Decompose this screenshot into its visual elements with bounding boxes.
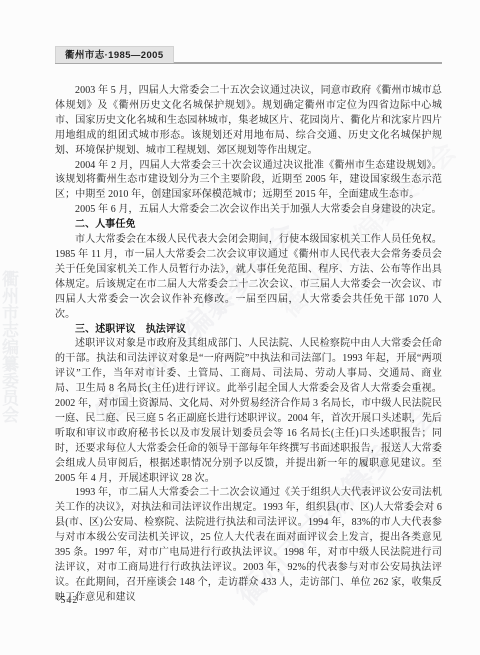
paragraph: 1993 年，市二届人大常委会二十二次会议通过《关于组织人大代表评议公安司法机关… bbox=[55, 486, 442, 605]
paragraph: 2005 年 6 月，五届人大常委会二次会议作出关于加强人大常委会自身建设的决定… bbox=[55, 203, 442, 218]
body-text: 2003 年 5 月，四届人大常委会二十五次会议通过决议，同意市政府《衢州市城市… bbox=[55, 84, 442, 606]
paragraph: 述职评议对象是市政府及其组成部门、人民法院、人民检察院中由人大常委会任命的干部。… bbox=[55, 337, 442, 486]
section-heading: 三、述职评议 执法评议 bbox=[55, 323, 442, 338]
book-title-running-header: 衢州市志·1985—2005 bbox=[55, 46, 174, 63]
page-number: ·542· bbox=[56, 595, 83, 606]
vertical-edge-watermark: 衢州市志编纂委员会 bbox=[0, 270, 21, 423]
section-heading: 二、人事任免 bbox=[55, 218, 442, 233]
paragraph: 市人大常委会在本级人民代表大会闭会期间，行使本级国家机关工作人员任免权。1985… bbox=[55, 233, 442, 322]
gazette-page: 衢州市志编纂委员会 衢州市志编纂委员会 衢州市志编纂委员会 衢州市志编纂委员会 … bbox=[0, 0, 480, 655]
paragraph: 2003 年 5 月，四届人大常委会二十五次会议通过决议，同意市政府《衢州市城市… bbox=[55, 84, 442, 159]
paragraph: 2004 年 2 月，四届人大常委会三十次会议通过决议批准《衢州市生态建设规划》… bbox=[55, 159, 442, 204]
page-header-rule: 衢州市志·1985—2005 bbox=[55, 45, 442, 64]
